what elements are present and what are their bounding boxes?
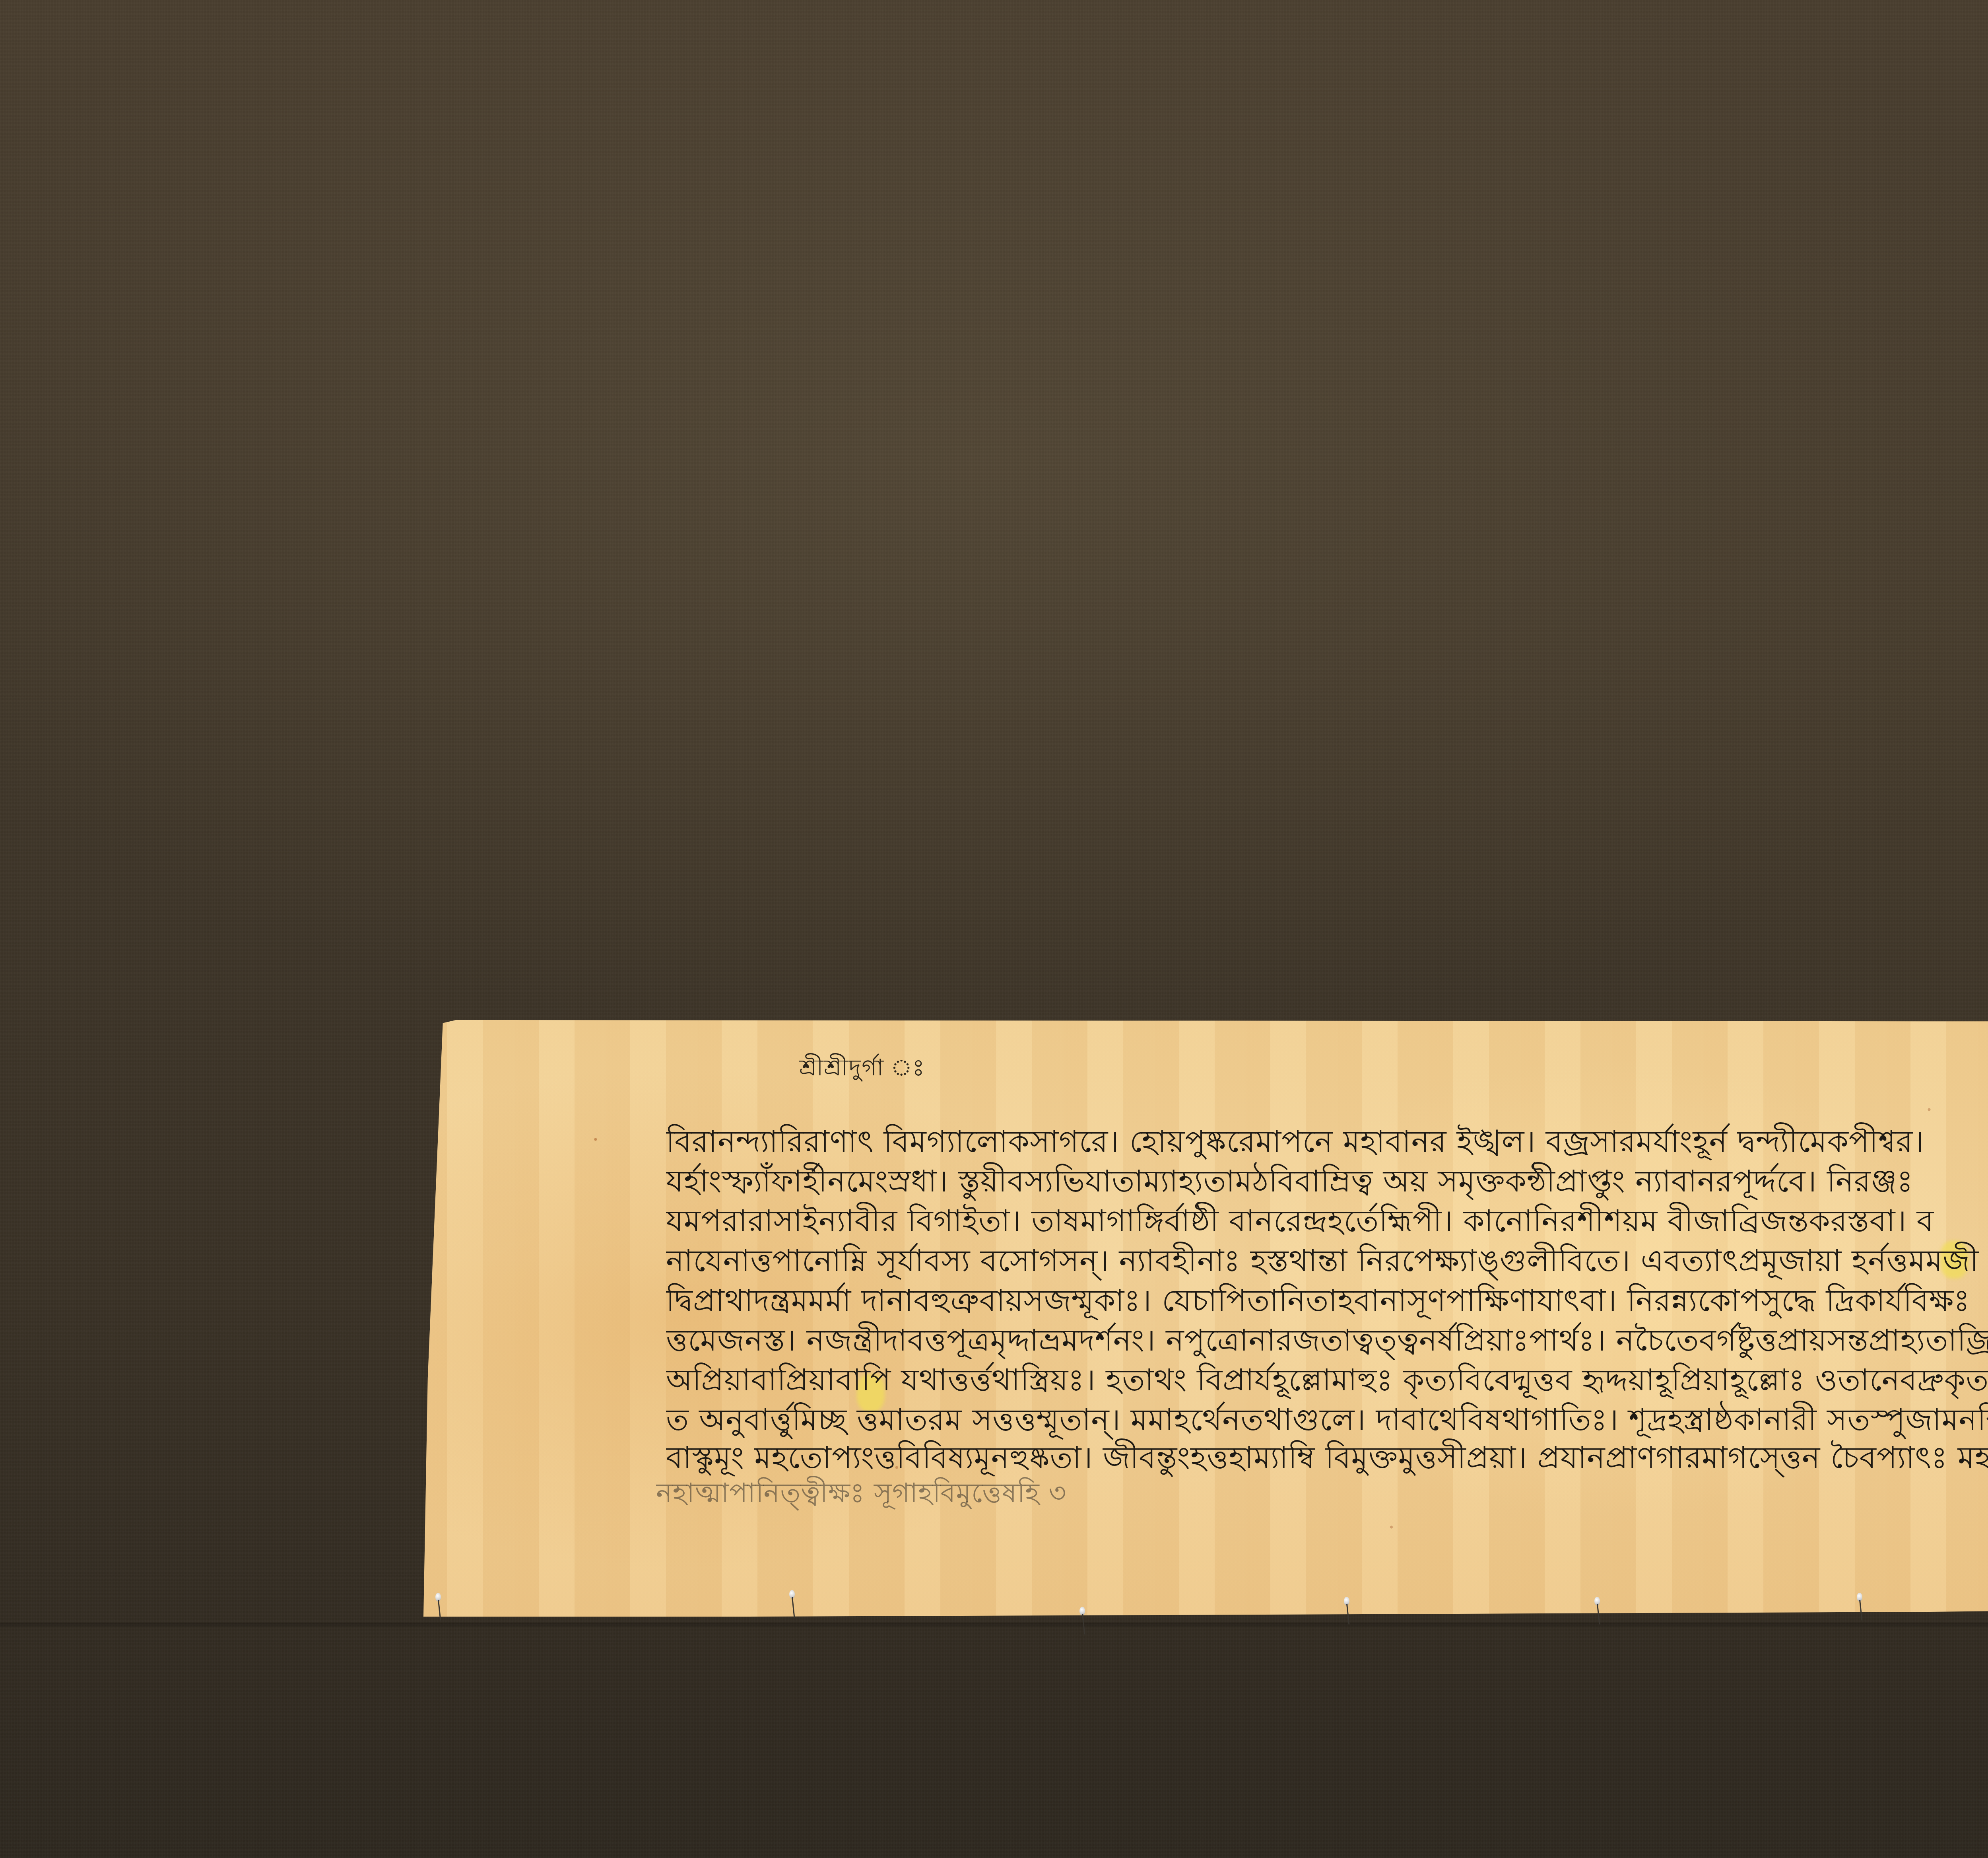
manuscript-line-4: নাযেনাত্তপানোম্নি সূর্যাবস্য বসোগসন্। ন্… bbox=[666, 1241, 1988, 1281]
mounting-pin bbox=[789, 1590, 795, 1618]
manuscript-heading: শ্রীশ্রীদুর্গা ঃ bbox=[799, 1050, 925, 1088]
mounting-pin bbox=[1857, 1593, 1862, 1621]
manuscript-line-6: ত্তমেজনস্ত। নজন্ত্রীদাবত্তপূত্রমৃদ্দাভ্র… bbox=[666, 1320, 1988, 1360]
mounting-pin bbox=[435, 1593, 441, 1621]
manuscript-line-2: যর্হাংস্ফ্যাঁফার্হীনমেংস্রধা। স্তুয়ীবস্… bbox=[666, 1161, 1988, 1201]
manuscript-line-5: দ্বিপ্রাথাদন্ত্রমমর্মা দানাবহুত্রুবায়সজ… bbox=[666, 1281, 1988, 1320]
manuscript-line-9: বাস্কুমূং মহতোপ্যংত্তবিবিষ্যমূনহুষ্কতা। … bbox=[666, 1438, 1988, 1477]
backing-seam bbox=[0, 1623, 1988, 1629]
manuscript-colophon-line: নহাত্মাপানিত্ত্বীক্ষঃ সূগাহবিমুত্তেষহি ৩ bbox=[656, 1473, 1332, 1513]
manuscript-line-8: ত অনুবার্ত্তুমিচ্ছ ত্তমাতরম সত্তত্তম্মূত… bbox=[666, 1400, 1988, 1440]
manuscript-line-3: যমপরারাসাইন্যাবীর বিগাইতা। তাষমাগাঙ্গির্… bbox=[666, 1201, 1988, 1241]
manuscript-line-1: বিরানন্দ্যারিরাণাৎ বিমগ্যালোকসাগরে। হোয়… bbox=[666, 1121, 1988, 1161]
mounting-pin bbox=[1079, 1607, 1085, 1634]
mounting-pin bbox=[1344, 1597, 1349, 1625]
manuscript-line-7: অপ্রিয়াবাপ্রিয়াবাপি যথাত্তর্ত্তথাস্ত্র… bbox=[666, 1360, 1988, 1400]
mounting-pin bbox=[1594, 1597, 1600, 1625]
